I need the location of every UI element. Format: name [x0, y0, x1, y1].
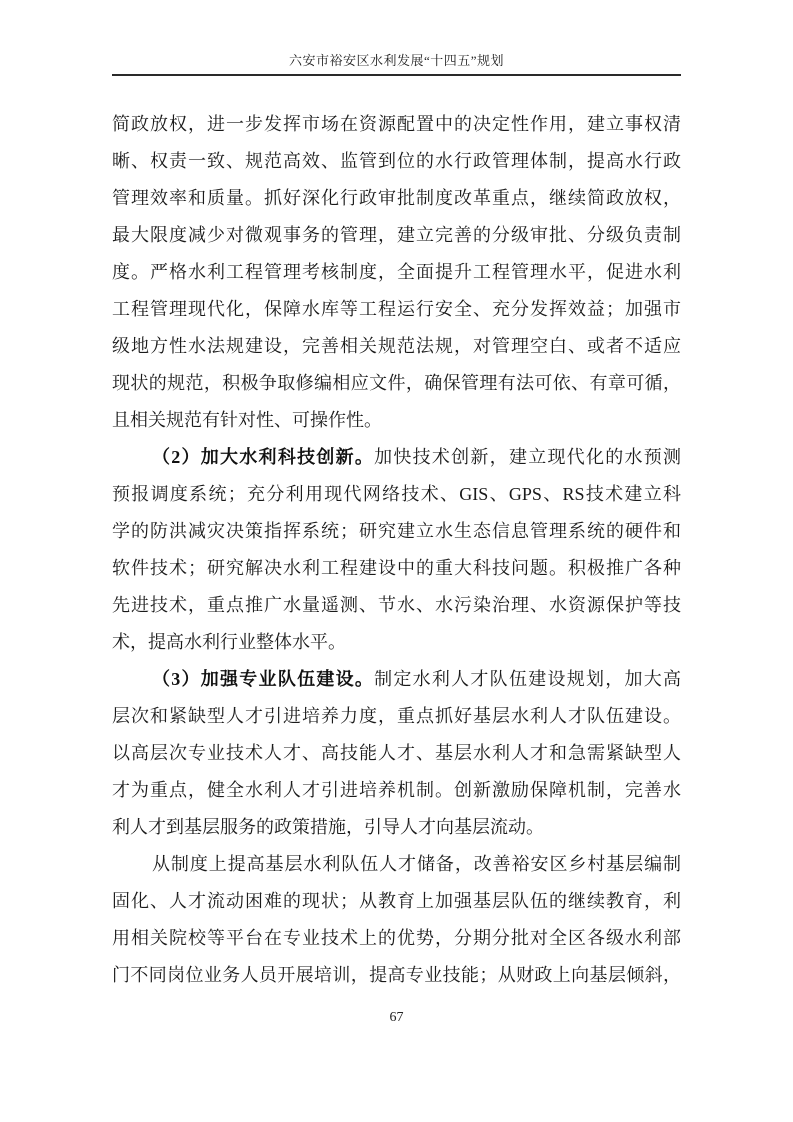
text-line: 度。严格水利工程管理考核制度，全面提升工程管理水平，促进水利: [112, 254, 681, 291]
page-footer: 67: [0, 1008, 793, 1028]
text-line: 固化、人才流动困难的现状；从教育上加强基层队伍的继续教育，利: [112, 883, 681, 920]
text-segment: 学的防洪减灾决策指挥系统；研究建立水生态信息管理系统的硬件和: [112, 521, 681, 541]
page-header: 六安市裕安区水利发展“十四五”规划: [112, 0, 681, 76]
text-segment: 晰、权责一致、规范高效、监管到位的水行政管理体制，提高水行政: [112, 151, 681, 171]
text-line: 利人才到基层服务的政策措施，引导人才向基层流动。: [112, 809, 681, 846]
text-segment: 预报调度系统；充分利用现代网络技术、GIS、GPS、RS技术建立科: [112, 484, 681, 504]
paragraph-lead-bold: （2）加大水利科技创新。: [152, 447, 374, 467]
text-segment: 制定水利人才队伍建设规划，加大高: [374, 669, 681, 689]
text-line: 简政放权，进一步发挥市场在资源配置中的决定性作用，建立事权清: [112, 106, 681, 143]
text-line: 晰、权责一致、规范高效、监管到位的水行政管理体制，提高水行政: [112, 143, 681, 180]
text-line: 以高层次专业技术人才、高技能人才、基层水利人才和急需紧缺型人: [112, 735, 681, 772]
text-segment: 且相关规范有针对性、可操作性。: [112, 410, 382, 430]
document-body: 简政放权，进一步发挥市场在资源配置中的决定性作用，建立事权清晰、权责一致、规范高…: [112, 106, 681, 994]
text-segment: 先进技术，重点推广水量遥测、节水、水污染治理、水资源保护等技: [112, 595, 681, 615]
text-segment: 工程管理现代化，保障水库等工程运行安全、充分发挥效益；加强市: [112, 299, 681, 319]
text-line: 工程管理现代化，保障水库等工程运行安全、充分发挥效益；加强市: [112, 291, 681, 328]
page-number: 67: [390, 1010, 404, 1025]
text-line: 且相关规范有针对性、可操作性。: [112, 402, 681, 439]
text-line: 用相关院校等平台在专业技术上的优势，分期分批对全区各级水利部: [112, 920, 681, 957]
text-line: 现状的规范，积极争取修编相应文件，确保管理有法可依、有章可循，: [112, 365, 681, 402]
text-line: 学的防洪减灾决策指挥系统；研究建立水生态信息管理系统的硬件和: [112, 513, 681, 550]
text-segment: 术，提高水利行业整体水平。: [112, 632, 346, 652]
text-line: 才为重点，健全水利人才引进培养机制。创新激励保障机制，完善水: [112, 772, 681, 809]
text-line: （3）加强专业队伍建设。制定水利人才队伍建设规划，加大高: [112, 661, 681, 698]
text-segment: 固化、人才流动困难的现状；从教育上加强基层队伍的继续教育，利: [112, 891, 681, 911]
para-team-building: （3）加强专业队伍建设。制定水利人才队伍建设规划，加大高层次和紧缺型人才引进培养…: [112, 661, 681, 846]
text-line: 最大限度减少对微观事务的管理，建立完善的分级审批、分级负责制: [112, 217, 681, 254]
text-segment: 简政放权，进一步发挥市场在资源配置中的决定性作用，建立事权清: [112, 114, 681, 134]
text-segment: 现状的规范，积极争取修编相应文件，确保管理有法可依、有章可循，: [112, 373, 681, 393]
text-segment: 级地方性水法规建设，完善相关规范法规，对管理空白、或者不适应: [112, 336, 681, 356]
text-line: 层次和紧缺型人才引进培养力度，重点抓好基层水利人才队伍建设。: [112, 698, 681, 735]
text-line: 从制度上提高基层水利队伍人才储备，改善裕安区乡村基层编制: [112, 846, 681, 883]
text-segment: 软件技术；研究解决水利工程建设中的重大科技问题。积极推广各种: [112, 558, 681, 578]
text-line: 软件技术；研究解决水利工程建设中的重大科技问题。积极推广各种: [112, 550, 681, 587]
text-line: 门不同岗位业务人员开展培训，提高专业技能；从财政上向基层倾斜，: [112, 957, 681, 994]
text-line: （2）加大水利科技创新。加快技术创新，建立现代化的水预测: [112, 439, 681, 476]
paragraph-lead-bold: （3）加强专业队伍建设。: [152, 669, 374, 689]
text-segment: 以高层次专业技术人才、高技能人才、基层水利人才和急需紧缺型人: [112, 743, 681, 763]
text-line: 先进技术，重点推广水量遥测、节水、水污染治理、水资源保护等技: [112, 587, 681, 624]
para-grassroots-talent: 从制度上提高基层水利队伍人才储备，改善裕安区乡村基层编制固化、人才流动困难的现状…: [112, 846, 681, 994]
text-segment: 管理效率和质量。抓好深化行政审批制度改革重点，继续简政放权，: [112, 188, 681, 208]
text-segment: 最大限度减少对微观事务的管理，建立完善的分级审批、分级负责制: [112, 225, 681, 245]
para-continuation: 简政放权，进一步发挥市场在资源配置中的决定性作用，建立事权清晰、权责一致、规范高…: [112, 106, 681, 439]
text-segment: 利人才到基层服务的政策措施，引导人才向基层流动。: [112, 817, 544, 837]
document-page: 六安市裕安区水利发展“十四五”规划 简政放权，进一步发挥市场在资源配置中的决定性…: [0, 0, 793, 1122]
text-segment: 门不同岗位业务人员开展培训，提高专业技能；从财政上向基层倾斜，: [112, 965, 681, 985]
text-segment: 从制度上提高基层水利队伍人才储备，改善裕安区乡村基层编制: [152, 854, 681, 874]
text-line: 级地方性水法规建设，完善相关规范法规，对管理空白、或者不适应: [112, 328, 681, 365]
text-segment: 度。严格水利工程管理考核制度，全面提升工程管理水平，促进水利: [112, 262, 681, 282]
para-tech-innovation: （2）加大水利科技创新。加快技术创新，建立现代化的水预测预报调度系统；充分利用现…: [112, 439, 681, 661]
text-line: 预报调度系统；充分利用现代网络技术、GIS、GPS、RS技术建立科: [112, 476, 681, 513]
text-segment: 层次和紧缺型人才引进培养力度，重点抓好基层水利人才队伍建设。: [112, 706, 681, 726]
text-line: 管理效率和质量。抓好深化行政审批制度改革重点，继续简政放权，: [112, 180, 681, 217]
text-segment: 加快技术创新，建立现代化的水预测: [374, 447, 681, 467]
text-segment: 才为重点，健全水利人才引进培养机制。创新激励保障机制，完善水: [112, 780, 681, 800]
header-title: 六安市裕安区水利发展“十四五”规划: [112, 50, 681, 69]
text-line: 术，提高水利行业整体水平。: [112, 624, 681, 661]
text-segment: 用相关院校等平台在专业技术上的优势，分期分批对全区各级水利部: [112, 928, 681, 948]
